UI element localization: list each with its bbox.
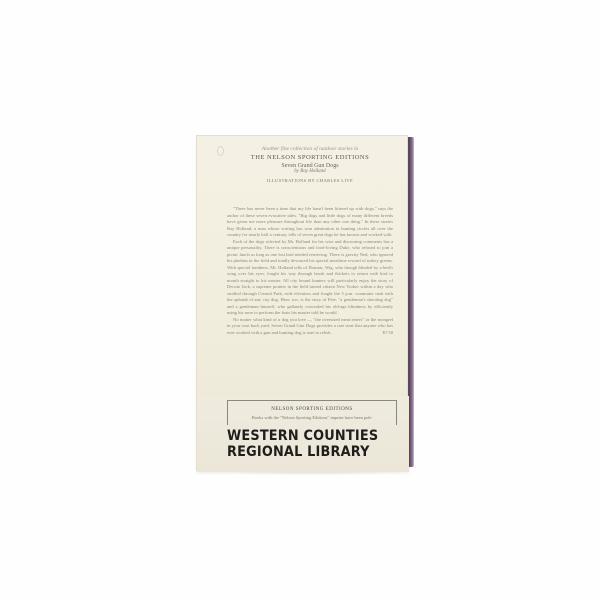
- blurb: "There has never been a time that my lif…: [227, 206, 393, 336]
- product-photo: Another fine collection of outdoor stori…: [0, 0, 600, 600]
- library-name: WESTERN COUNTIES REGIONAL LIBRARY: [227, 428, 378, 460]
- series-box-title: NELSON SPORTING EDITIONS: [228, 407, 396, 412]
- author: by Ray Holland: [221, 169, 399, 174]
- blurb-paragraph: "There has never been a time that my lif…: [227, 206, 393, 239]
- price: $7.50: [377, 330, 393, 337]
- blurb-paragraph: No matter what kind of a dog you love — …: [227, 317, 393, 337]
- book: Another fine collection of outdoor stori…: [196, 135, 408, 471]
- blurb-closing: No matter what kind of a dog you love — …: [227, 317, 393, 335]
- series-box: NELSON SPORTING EDITIONS Books with the …: [227, 400, 397, 425]
- illustrator: ILLUSTRATIONS BY CHARLES LIVE: [221, 178, 399, 183]
- series-title: THE NELSON SPORTING EDITIONS: [221, 154, 399, 161]
- dust-jacket-back: Another fine collection of outdoor stori…: [196, 135, 408, 471]
- series-box-subtitle: Books with the "Nelson Sporting Editions…: [228, 415, 396, 420]
- jacket-header: Another fine collection of outdoor stori…: [221, 146, 399, 187]
- blurb-paragraph: Each of the dogs selected by Mr. Holland…: [227, 239, 393, 317]
- library-label: NELSON SPORTING EDITIONS Books with the …: [197, 396, 409, 472]
- tagline: Another fine collection of outdoor stori…: [221, 146, 399, 152]
- library-name-line2: REGIONAL LIBRARY: [227, 444, 378, 460]
- library-name-line1: WESTERN COUNTIES: [227, 428, 378, 444]
